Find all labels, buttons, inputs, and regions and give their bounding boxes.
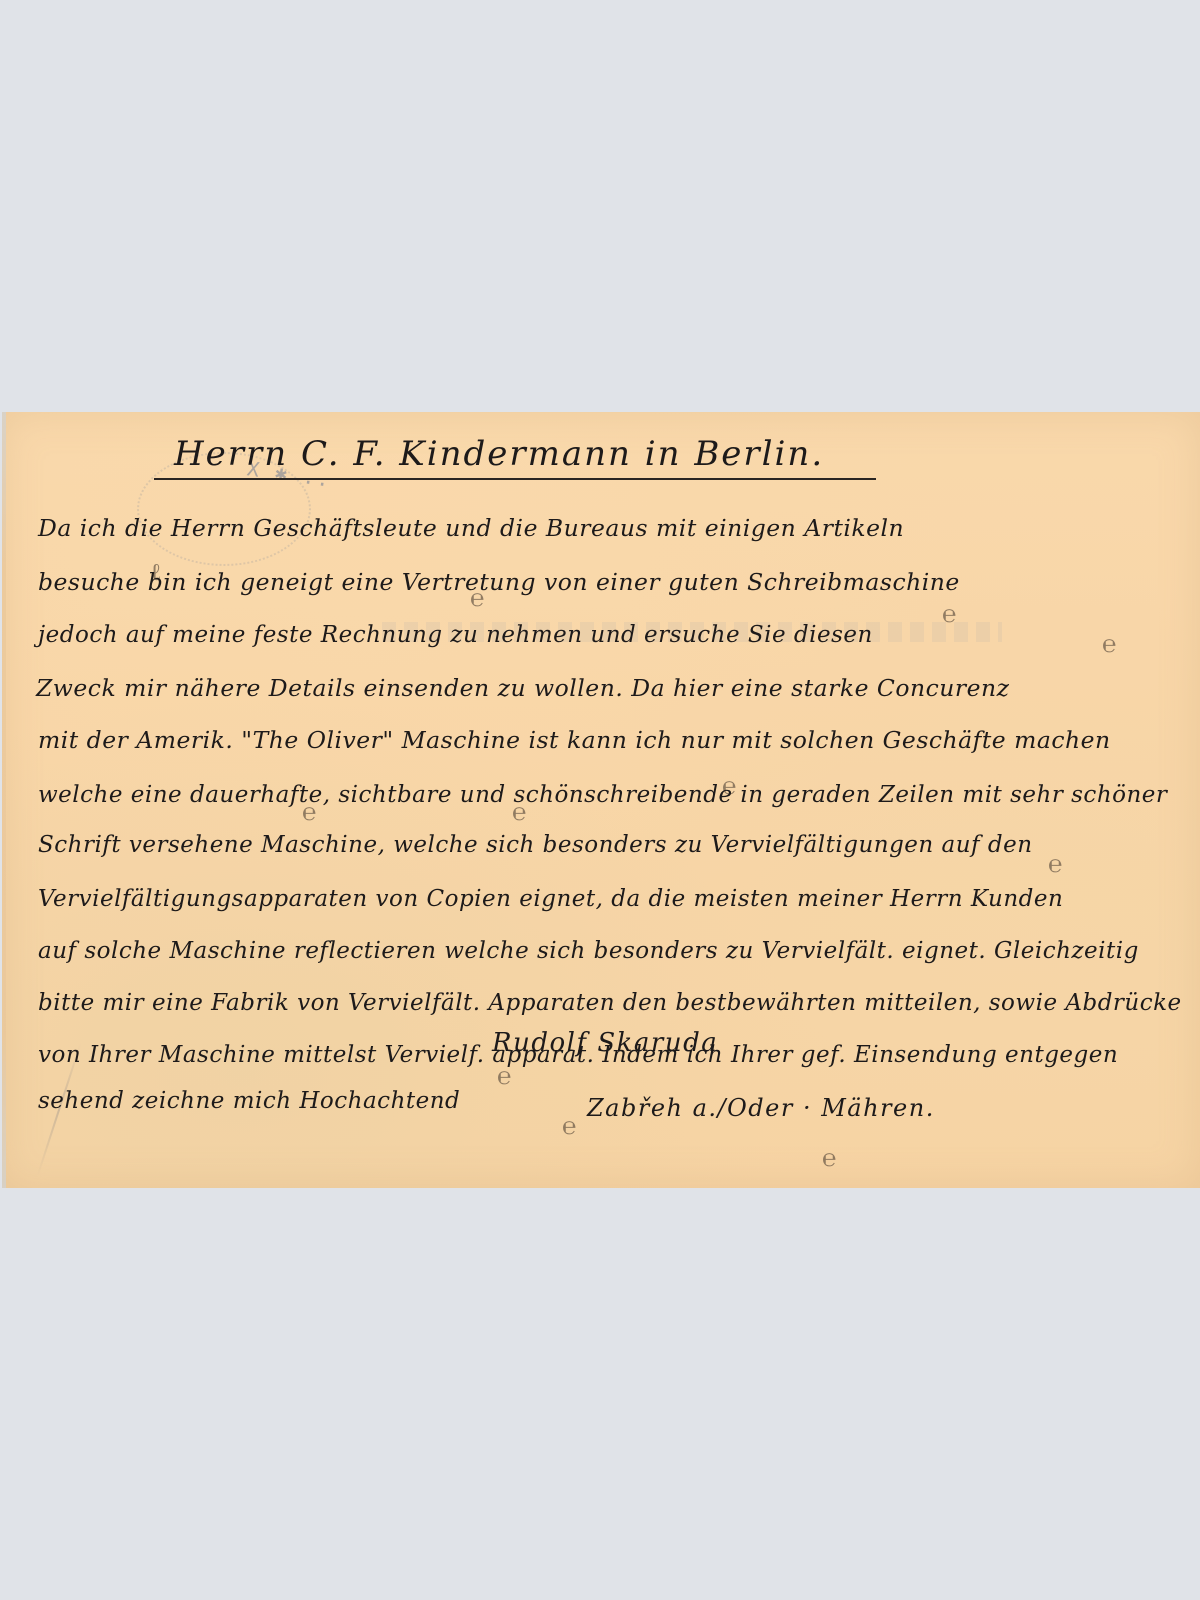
flourish-icon: ℮ [942,602,956,626]
card-edge [2,412,6,1188]
body-line-8: Vervielfältigungsapparaten von Copien ei… [38,886,1063,912]
body-line-12: sehend zeichne mich Hochachtend [38,1088,460,1114]
body-line-10: bitte mir eine Fabrik von Vervielfält. A… [38,990,1182,1016]
postcard: X ✱ .. Herrn C. F. Kindermann in Berlin.… [2,412,1200,1188]
body-line-6: welche eine dauerhafte, sichtbare und sc… [38,782,1167,808]
flourish-icon: ℮ [822,1146,836,1170]
flourish-icon: ℮ [302,800,316,824]
flourish-icon: ℓ [150,560,162,584]
flourish-icon: ℮ [497,1064,511,1088]
flourish-icon: ℮ [562,1114,576,1138]
flourish-icon: ℮ [470,586,484,610]
body-line-9: auf solche Maschine reflectieren welche … [38,938,1139,964]
address-heading: Herrn C. F. Kindermann in Berlin. [174,434,824,474]
flourish-icon: ℮ [512,800,526,824]
body-line-1: Da ich die Herrn Geschäftsleute und die … [38,516,904,542]
body-line-4: Zweck mir nähere Details einsenden zu wo… [36,676,1010,702]
flourish-icon: ℮ [1048,852,1062,876]
flourish-icon: ℮ [722,774,736,798]
document-viewer: X ✱ .. Herrn C. F. Kindermann in Berlin.… [0,0,1200,1600]
body-line-3: jedoch auf meine feste Rechnung zu nehme… [38,622,873,648]
body-line-5: mit der Amerik. "The Oliver" Maschine is… [38,728,1111,754]
body-line-2: besuche bin ich geneigt eine Vertretung … [38,570,960,596]
body-line-7: Schrift versehene Maschine, welche sich … [38,832,1033,858]
heading-underline [154,478,876,480]
flourish-icon: ℮ [1102,632,1116,656]
place-of-origin: Zabřeh a./Oder · Mähren. [587,1094,935,1122]
signature: Rudolf Skaruda [492,1028,718,1058]
